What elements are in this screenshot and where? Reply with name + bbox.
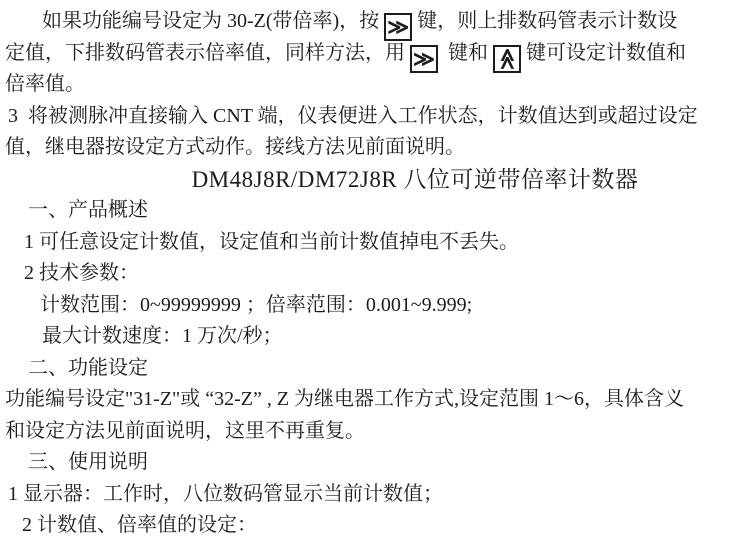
section2-body-line-2: 和设定方法见前面说明，这里不再重复。 bbox=[0, 416, 752, 448]
section1-item-1: 1 可任意设定计数值，设定值和当前计数值掉电不丢失。 bbox=[0, 227, 752, 259]
item3-line-2: 值，继电器按设定方式动作。接线方法见前面说明。 bbox=[0, 132, 752, 164]
section1-item-2: 2 技术参数： bbox=[0, 258, 752, 290]
section2-body-line-1: 功能编号设定"31-Z"或 “32-Z” , Z 为继电器工作方式,设定范围 1… bbox=[0, 384, 752, 416]
intro-line-1: 如果功能编号设定为 30-Z(带倍率)，按≫键，则上排数码管表示计数设 bbox=[0, 6, 752, 38]
product-title: DM48J8R/DM72J8R 八位可逆带倍率计数器 bbox=[0, 164, 752, 196]
intro-line-2-text-a: 定值，下排数码管表示倍率值，同样方法，用 bbox=[5, 42, 405, 64]
document-page: 如果功能编号设定为 30-Z(带倍率)，按≫键，则上排数码管表示计数设 定值，下… bbox=[0, 0, 752, 543]
intro-line-2-text-b: 键和 bbox=[443, 42, 488, 64]
section1-heading: 一、产品概述 bbox=[0, 195, 752, 227]
section3-heading: 三、使用说明 bbox=[0, 447, 752, 479]
fast-forward-key-glyph: ≫ bbox=[387, 15, 409, 39]
section2-heading: 二、功能设定 bbox=[0, 353, 752, 385]
intro-line-3: 倍率值。 bbox=[0, 69, 752, 101]
section3-item-1: 1 显示器：工作时，八位数码管显示当前计数值； bbox=[0, 479, 752, 511]
fast-forward-key-glyph: ≫ bbox=[413, 47, 435, 71]
intro-line-1-text-a: 如果功能编号设定为 30-Z(带倍率)，按 bbox=[42, 10, 379, 32]
intro-line-1-text-b: 键，则上排数码管表示计数设 bbox=[417, 10, 677, 32]
intro-line-2-text-c: 键可设定计数值和 bbox=[526, 42, 686, 64]
section1-spec-range: 计数范围：0~99999999 ；倍率范围：0.001~9.999; bbox=[0, 290, 752, 322]
fast-up-key-glyph: ≫ bbox=[495, 48, 519, 70]
fast-forward-key-icon: ≫ bbox=[384, 13, 412, 41]
fast-forward-key-icon: ≫ bbox=[410, 45, 438, 73]
item3-line-1: 3 将被测脉冲直接输入 CNT 端，仪表便进入工作状态，计数值达到或超过设定 bbox=[0, 101, 752, 133]
section3-item-2: 2 计数值、倍率值的设定： bbox=[0, 510, 752, 542]
fast-up-key-icon: ≫ bbox=[493, 45, 521, 73]
section1-spec-speed: 最大计数速度：1 万次/秒； bbox=[0, 321, 752, 353]
intro-line-2: 定值，下排数码管表示倍率值，同样方法，用≫ 键和≫键可设定计数值和 bbox=[0, 38, 752, 70]
